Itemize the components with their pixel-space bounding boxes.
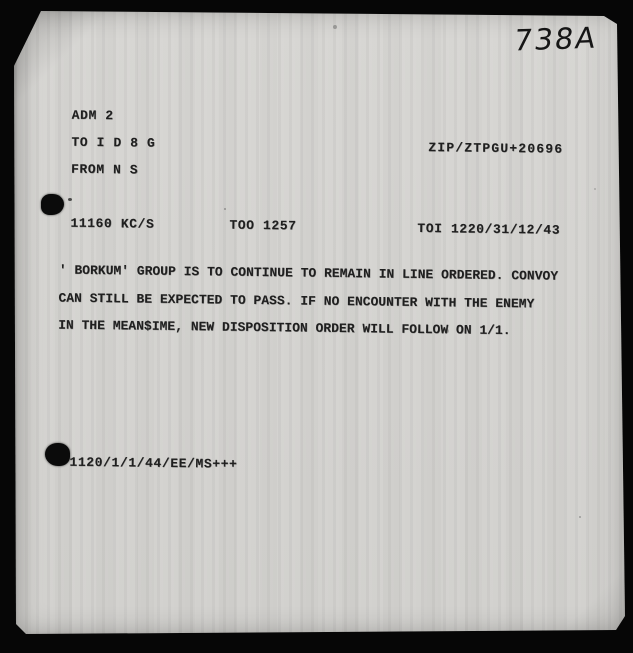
document-page: 738A ADM 2 TO I D 8 G FROM N S ZIP/ZTPGU…	[14, 8, 627, 636]
frequency-value: 11160 KC/S	[70, 216, 154, 233]
header-line-adm: ADM 2	[72, 108, 114, 125]
header-line-to: TO I D 8 G	[71, 135, 155, 152]
message-line-3: IN THE MEAN$IME, NEW DISPOSITION ORDER W…	[58, 318, 511, 340]
message-line-2: CAN STILL BE EXPECTED TO PASS. IF NO ENC…	[58, 291, 534, 313]
time-of-origin: TOO 1257	[229, 218, 296, 235]
header-line-from: FROM N S	[71, 162, 138, 179]
time-of-interception: TOI 1220/31/12/43	[417, 221, 560, 239]
reference-number: ZIP/ZTPGU+20696	[428, 140, 563, 158]
hole-punch-bottom	[45, 443, 70, 466]
scan-speckles	[34, 88, 36, 90]
typed-content: ADM 2 TO I D 8 G FROM N S ZIP/ZTPGU+2069…	[6, 8, 627, 643]
message-line-1: ' BORKUM' GROUP IS TO CONTINUE TO REMAIN…	[59, 263, 558, 285]
footer-serial: 1120/1/1/44/EE/MS+++	[69, 455, 237, 473]
scan-background: 738A ADM 2 TO I D 8 G FROM N S ZIP/ZTPGU…	[0, 0, 633, 653]
